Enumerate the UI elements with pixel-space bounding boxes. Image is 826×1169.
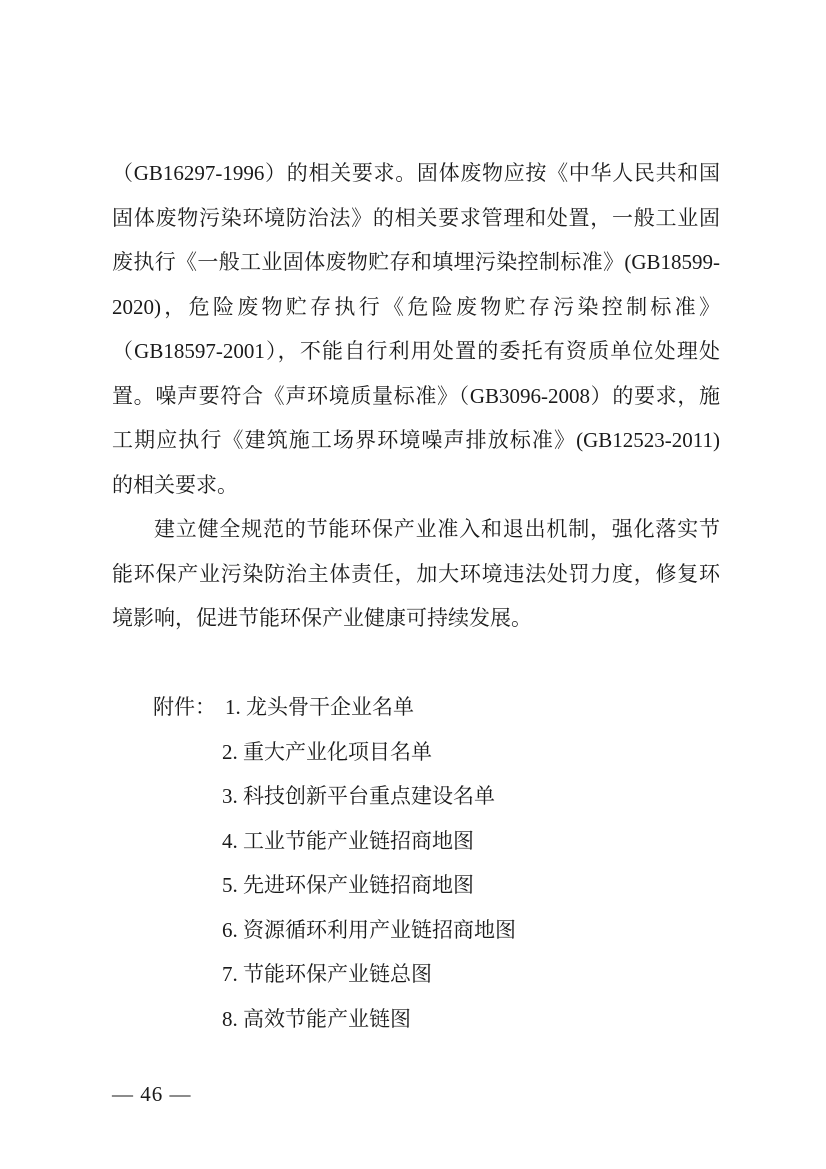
attachment-item: 2. 重大产业化项目名单 — [153, 730, 720, 775]
body-line: 建立健全规范的节能环保产业准入和退出机制，强化落实节 — [112, 507, 720, 552]
attachment-item: 3. 科技创新平台重点建设名单 — [153, 774, 720, 819]
attachment-item: 4. 工业节能产业链招商地图 — [153, 819, 720, 864]
attachment-first-line: 附件：1. 龙头骨干企业名单 — [153, 685, 720, 730]
attachment-item: 1. 龙头骨干企业名单 — [225, 695, 414, 719]
attachment-label: 附件： — [153, 695, 216, 719]
body-line: 置。噪声要符合《声环境质量标准》（GB3096-2008）的要求，施 — [112, 374, 720, 419]
body-line: 能环保产业污染防治主体责任，加大环境违法处罚力度，修复环 — [112, 552, 720, 597]
document-body: （GB16297-1996）的相关要求。固体废物应按《中华人民共和国 固体废物污… — [112, 151, 720, 1041]
body-line: 的相关要求。 — [112, 463, 720, 508]
page-number: — 46 — — [112, 1082, 192, 1106]
attachment-item: 7. 节能环保产业链总图 — [153, 952, 720, 997]
body-line: 境影响，促进节能环保产业健康可持续发展。 — [112, 596, 720, 641]
body-line: （GB18597-2001），不能自行利用处置的委托有资质单位处理处 — [112, 329, 720, 374]
body-line: 废执行《一般工业固体废物贮存和填埋污染控制标准》(GB18599- — [112, 240, 720, 285]
body-line: （GB16297-1996）的相关要求。固体废物应按《中华人民共和国 — [112, 151, 720, 196]
attachment-item: 5. 先进环保产业链招商地图 — [153, 863, 720, 908]
attachment-item: 6. 资源循环利用产业链招商地图 — [153, 908, 720, 953]
attachments-list: 附件：1. 龙头骨干企业名单 2. 重大产业化项目名单 3. 科技创新平台重点建… — [112, 685, 720, 1041]
body-line: 2020)，危险废物贮存执行《危险废物贮存污染控制标准》 — [112, 285, 720, 330]
attachment-item: 8. 高效节能产业链图 — [153, 997, 720, 1042]
body-line: 固体废物污染环境防治法》的相关要求管理和处置，一般工业固 — [112, 196, 720, 241]
document-page: （GB16297-1996）的相关要求。固体废物应按《中华人民共和国 固体废物污… — [0, 0, 826, 1169]
body-line: 工期应执行《建筑施工场界环境噪声排放标准》(GB12523-2011) — [112, 418, 720, 463]
